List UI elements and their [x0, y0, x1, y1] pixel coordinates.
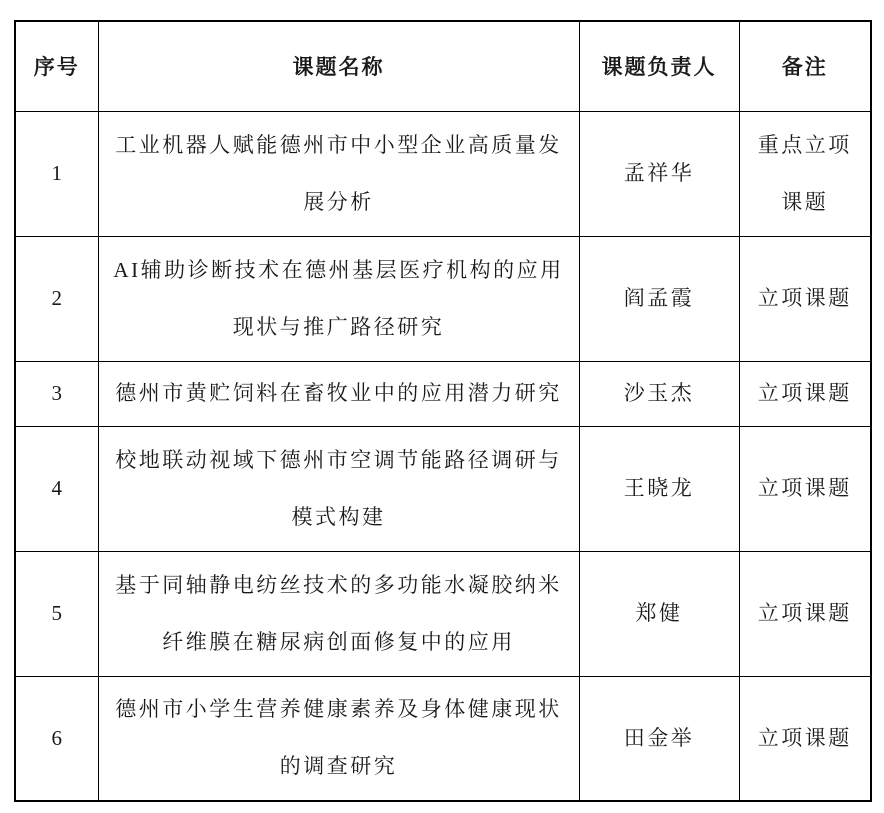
table-row: 6 德州市小学生营养健康素养及身体健康现状 的调查研究 田金举 立项课题	[15, 676, 871, 801]
row-number-cell: 6	[15, 676, 98, 801]
project-leader-cell: 郑健	[579, 551, 739, 676]
project-leader-cell: 王晓龙	[579, 426, 739, 551]
table-row: 5 基于同轴静电纺丝技术的多功能水凝胶纳米 纤维膜在糖尿病创面修复中的应用 郑健…	[15, 551, 871, 676]
project-title-cell: 工业机器人赋能德州市中小型企业高质量发 展分析	[98, 111, 579, 236]
table-row: 3 德州市黄贮饲料在畜牧业中的应用潜力研究 沙玉杰 立项课题	[15, 361, 871, 426]
project-title-cell: 基于同轴静电纺丝技术的多功能水凝胶纳米 纤维膜在糖尿病创面修复中的应用	[98, 551, 579, 676]
header-cell-no: 序号	[15, 21, 98, 111]
header-cell-note: 备注	[739, 21, 871, 111]
row-number-cell: 4	[15, 426, 98, 551]
projects-table: 序号 课题名称 课题负责人 备注 1 工业机器人赋能德州市中小型企业高质量发 展…	[14, 20, 872, 802]
project-note-cell: 重点立项 课题	[739, 111, 871, 236]
table-header: 序号 课题名称 课题负责人 备注	[15, 21, 871, 111]
row-number-cell: 1	[15, 111, 98, 236]
project-title-cell: 德州市小学生营养健康素养及身体健康现状 的调查研究	[98, 676, 579, 801]
project-note-cell: 立项课题	[739, 551, 871, 676]
header-row: 序号 课题名称 课题负责人 备注	[15, 21, 871, 111]
project-note-cell: 立项课题	[739, 676, 871, 801]
project-title-cell: 德州市黄贮饲料在畜牧业中的应用潜力研究	[98, 361, 579, 426]
project-leader-cell: 沙玉杰	[579, 361, 739, 426]
table-row: 4 校地联动视域下德州市空调节能路径调研与 模式构建 王晓龙 立项课题	[15, 426, 871, 551]
row-number-cell: 2	[15, 236, 98, 361]
row-number-cell: 5	[15, 551, 98, 676]
table-body: 1 工业机器人赋能德州市中小型企业高质量发 展分析 孟祥华 重点立项 课题 2 …	[15, 111, 871, 801]
project-note-cell: 立项课题	[739, 361, 871, 426]
table-row: 2 AI辅助诊断技术在德州基层医疗机构的应用 现状与推广路径研究 阎孟霞 立项课…	[15, 236, 871, 361]
project-note-cell: 立项课题	[739, 236, 871, 361]
table-row: 1 工业机器人赋能德州市中小型企业高质量发 展分析 孟祥华 重点立项 课题	[15, 111, 871, 236]
row-number-cell: 3	[15, 361, 98, 426]
project-leader-cell: 田金举	[579, 676, 739, 801]
project-leader-cell: 孟祥华	[579, 111, 739, 236]
project-leader-cell: 阎孟霞	[579, 236, 739, 361]
project-title-cell: 校地联动视域下德州市空调节能路径调研与 模式构建	[98, 426, 579, 551]
project-note-cell: 立项课题	[739, 426, 871, 551]
header-cell-title: 课题名称	[98, 21, 579, 111]
header-cell-leader: 课题负责人	[579, 21, 739, 111]
project-title-cell: AI辅助诊断技术在德州基层医疗机构的应用 现状与推广路径研究	[98, 236, 579, 361]
